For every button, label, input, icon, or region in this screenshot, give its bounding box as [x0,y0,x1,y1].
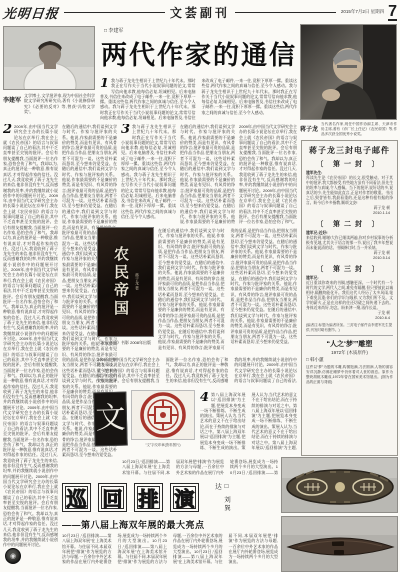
portrait-left-name: 李建军 [3,93,21,123]
newspaper-page: 光明日报 文荟副刊 2015年7月2日 星期四 7 李建军 文学博士,文学批评家… [0,0,400,572]
section4-text: 第八届上海双年展以“巡回排演”为主题,把展览本身变成一场不断排练、不断生成的演出… [200,392,297,450]
emails-title: 蒋子龙三封电子邮件 [306,145,393,156]
book-cover-author: 蒋子龙 著 [134,273,140,290]
intro-text-block: 1我与蒋子龙先生相识于上世纪九十年代末。那时我正在写作关于当代小说叙事问题的论文… [100,78,297,121]
book-cover-title: 农民帝国 [111,246,132,318]
editor-note: (编者注:标题为编者所加。三封电子邮件由李建军先生提供,刊发时略有删节。) [306,323,393,332]
portrait-right-bio: 当代著名作家,现任中国作协副主席、天津市作协主席,著有《乔厂长上任记》《农民帝国… [321,122,397,138]
biennale-char-4: 演 [170,483,199,512]
wen-calligraphy-art: 文 [93,392,127,447]
body-column-5: 2009年,由中国当代文学研究会主办的长篇小说论坛在京举行,我在会上就《农民帝国… [239,124,297,224]
sculpture-title: “人之‘梦’”雕塑 [306,339,393,349]
artifact-photo-front [281,457,398,513]
letter-3-date: 2010.6.4 [306,316,393,321]
body-column-4: 在随后的通信中,我们谈到文学与时代、作家与批评家的关系。他说,作家最需要的不是廉… [180,124,235,224]
book-caption: 《农民帝国》书影 2008年出版 [97,340,154,352]
biennale-logo-icon: ◉ [5,548,21,564]
section-title: 文荟副刊 [170,4,230,21]
letter-1-label: 〔 第一封 〕 [306,159,393,169]
band-text: 2009年,由中国当代文学研究会主办的长篇小说论坛在京举行,我在会上就《农民帝国… [97,357,297,383]
drop-cap-1: 1 [100,78,111,89]
letter-3-text: 近日重读你寄来的书稿,感触更深。一个时代有一个时代的文学,两代人之间,难免有隔膜… [306,281,393,310]
sculpture-item: “人之‘梦’”雕塑 1972年 (木质原件) □ 韩小蕙 这件以“梦”为题的木雕… [306,335,393,399]
body-col5-text: 2009年,由中国当代文学研究会主办的长篇小说论坛在京举行,我在会上就《农民帝国… [239,124,297,224]
biennale-boxed-title: 巡 回 排 演 [62,483,199,512]
paper-logo: 光明日报 [2,3,60,22]
body-column-3: 3我与蒋子龙先生相识于上世纪九十年代末。那时我正在写作关于当代小说叙事问题的论文… [121,124,176,224]
portrait-right-caption: 蒋子龙 当代著名作家,现任中国作协副主席、天津市作协主席,著有《乔厂长上任记》《… [300,122,397,138]
masthead: 光明日报 文荟副刊 2015年7月2日 星期四 7 [3,3,397,21]
mid-text-block: 在随后的通信中,我们谈到文学与时代、作家与批评家的关系。他说,作家最需要的不是廉… [158,228,297,352]
body-col3-text: 我与蒋子龙先生相识于上世纪九十年代末。那时我正在写作关于当代小说叙事问题的论文,… [121,124,176,219]
letter-1-text: 拜读先生论《农民帝国》的长文,很受触动。对于其中的批评,我大都接受,有些地方虽有… [306,176,393,205]
artifact-photo-back [281,516,398,572]
letter-1-body: 建军先生: 拜读先生论《农民帝国》的长文,很受触动。对于其中的批评,我大都接受,… [306,171,393,206]
emblem-glyph: ◉ [10,553,16,560]
portrait-right-photo [300,24,397,120]
portrait-right-image [301,25,397,120]
letter-2-text: 来信收到,谢谢!大作已细读两遍,你对乡村叙事的分析极有见地,尤其关于语言的那一节… [306,236,393,250]
portrait-left-image [4,27,95,90]
biennale-headline: 巡 回 排 演 [62,483,199,512]
masthead-rule-right [235,12,336,13]
sculpture-body: 这件以“梦”为题的木雕,构图饱满,刀法圆润,人物的面容安详沉静,仿佛在睡梦中仍怀… [306,365,393,399]
drop-cap-2: 2 [3,124,14,135]
masthead-rule-left [64,12,165,13]
biennale-char-3: 排 [134,483,163,512]
sculpture-byline: □ 韩小蕙 [306,357,393,363]
intro-text: 我与蒋子龙先生相识于上世纪九十年代末。那时我正在写作关于当代小说叙事问题的论文,… [100,78,297,120]
letter-2-label: 〔 第二封 〕 [306,219,393,229]
main-article-headline: 两代作家的通信 [98,35,300,72]
strip-text: 10月23日,“巡回排演——第八届上海双年展”在上海美术馆开幕。与往届不同,本届… [122,459,278,475]
seal-image [133,392,193,438]
letter-2-body: 建军兄:近好! 来信收到,谢谢!大作已细读两遍,你对乡村叙事的分析极有见地,尤其… [306,231,393,251]
biennale-byline: □ 刘巽达 [213,483,231,517]
seal-photo [131,390,195,440]
wen-glyph: 文 [95,404,126,435]
body-col1-text: 2009年,由中国当代文学研究会主办的长篇小说论坛在京举行,我在会上就《农民帝国… [3,124,58,547]
band-text-block: 2009年,由中国当代文学研究会主办的长篇小说论坛在京举行,我在会上就《农民帝国… [97,357,297,388]
artifact-back-image [282,517,398,572]
biennale-body: 10月23日,“巡回排演——第八届上海双年展”在上海美术馆开幕。与往届不同,本届… [62,533,278,570]
body-section-4: 4第八届上海双年展以“巡回排演”为主题,把展览本身变成一场不断排练、不断生成的演… [200,392,297,454]
body-column-1: 22009年,由中国当代文学研究会主办的长篇小说论坛在京举行,我在会上就《农民帝… [3,124,58,568]
body-col4-text: 在随后的通信中,我们谈到文学与时代、作家与批评家的关系。他说,作家最需要的不是廉… [180,124,235,224]
letter-3-label: 〔 第三封 〕 [306,264,393,274]
biennale-subtitle: ——第八届上海双年展的最大亮点 [62,518,232,531]
drop-cap-3: 3 [121,124,132,135]
strip-text-block: 10月23日,“巡回排演——第八届上海双年展”在上海美术馆开幕。与往届不同,本届… [122,459,278,480]
biennale-char-2: 回 [98,483,127,512]
portrait-right-name: 蒋子龙 [300,122,318,138]
mid-text: 在随后的通信中,我们谈到文学与时代、作家与批评家的关系。他说,作家最需要的不是廉… [158,228,297,350]
seal-caption: “文”字纹印章(资料图片) [131,442,195,447]
letter-3-body: 建军兄: 近日重读你寄来的书稿,感触更深。一个时代有一个时代的文学,两代人之间,… [306,276,393,311]
biennale-body-text: 10月23日,“巡回排演——第八届上海双年展”在上海美术馆开幕。与往届不同,本届… [62,533,278,564]
emails-panel: 蒋子龙三封电子邮件 〔 第一封 〕 建军先生: 拜读先生论《农民帝国》的长文,很… [301,140,398,456]
portrait-left-bio: 文学博士,文学批评家,现为中国社会科学院文学研究所研究员,著有《小说修辞研究》《… [24,93,95,123]
main-article-byline: □ 李建军 [104,27,123,34]
portrait-left-photo [3,26,95,90]
biennale-char-1: 巡 [62,483,91,512]
artifact-front-image [282,458,398,513]
page-number: 7 [388,4,397,21]
portrait-left-caption: 李建军 文学博士,文学批评家,现为中国社会科学院文学研究所研究员,著有《小说修辞… [3,93,95,123]
drop-cap-4: 4 [200,392,211,403]
sculpture-meta: 1972年 (木质原件) [306,350,393,356]
book-cover-photo: 农民帝国 蒋子龙 著 [97,227,154,337]
letter-1-date: 2010.1.14 [306,211,393,216]
letter-2-date: 2010.5.14 [306,256,393,261]
date-line: 2015年7月2日 星期四 [341,9,384,15]
